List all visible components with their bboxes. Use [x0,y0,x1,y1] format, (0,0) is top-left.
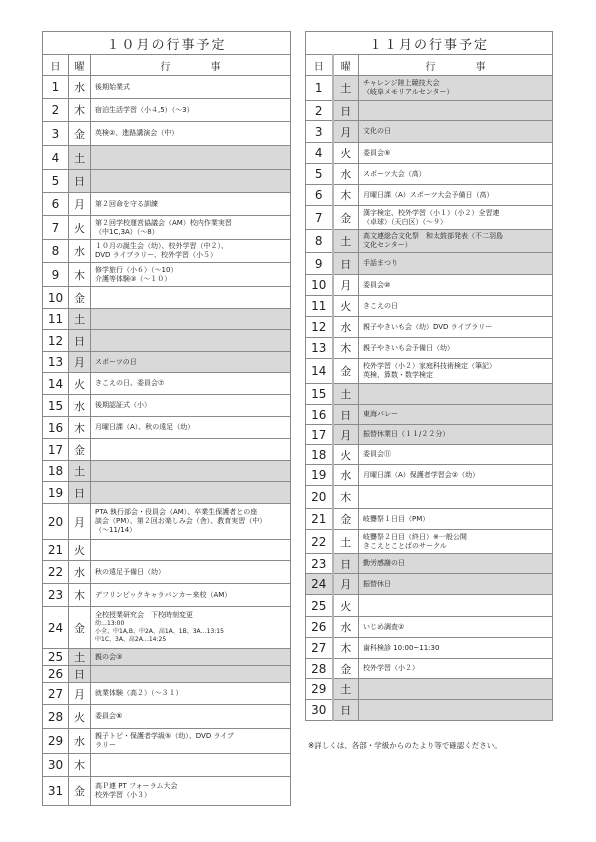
day-number: 3 [306,121,333,143]
schedule-row: 21火 [43,540,291,561]
event-text: 宿泊生活学習（小４,5）（～3） [95,106,286,115]
day-of-week: 木 [333,185,359,206]
schedule-row: 27月就業体験（高２）（～３１） [43,683,291,705]
day-of-week: 日 [333,101,359,121]
event-cell [359,486,553,509]
day-of-week: 金 [69,607,91,649]
day-of-week: 土 [333,530,359,554]
day-of-week: 金 [69,122,91,146]
event-cell: デフリンピックキャラバンカー来校（AM） [91,584,291,607]
event-cell: 歯科検診 10:00~11:30 [359,638,553,659]
day-number: 15 [43,395,69,417]
day-of-week: 月 [69,193,91,216]
day-number: 11 [43,309,69,330]
day-number: 5 [306,164,333,185]
event-text: 第２回命を守る訓練 [95,200,286,209]
day-number: 21 [306,509,333,530]
day-of-week: 日 [69,170,91,193]
event-text: きこえとことばのサークル [363,542,548,551]
schedule-row: 19日 [43,482,291,504]
day-number: 5 [43,170,69,193]
event-cell: 月曜日課（A）、秋の遠足（幼） [91,417,291,439]
event-text: 後期始業式 [95,83,286,92]
day-of-week: 木 [333,486,359,509]
day-number: 9 [43,263,69,287]
event-cell [359,384,553,405]
schedule-row: 17金 [43,439,291,461]
event-cell: 振替休業日（１１/２２分） [359,425,553,445]
day-number: 18 [43,461,69,482]
day-number: 3 [43,122,69,146]
schedule-row: 20月PTA 執行部会・役員会（AM）、卒業生保護者との座談会（PM）、第２回お… [43,504,291,540]
day-number: 4 [306,143,333,164]
event-cell: 振替休日 [359,574,553,595]
day-number: 7 [306,206,333,230]
day-of-week: 木 [69,754,91,777]
day-of-week: 日 [69,482,91,504]
event-text: 岐聾祭１日目（PM） [363,515,548,524]
event-text: 親子やきいも会（幼）DVD ライブラリー [363,323,548,332]
day-of-week: 木 [69,263,91,287]
event-cell: 修学旅行（小６）（～10）介護等体験③（～１０） [91,263,291,287]
schedule-row: 8水１０月の誕生会（幼）、校外学習（中２）、DVD ライブラリー、校外学習（小５… [43,240,291,263]
day-of-week: 水 [69,76,91,99]
day-number: 13 [43,352,69,373]
schedule-row: 8土高文連総合文化祭 和太鼓部発表（不二羽島文化センター） [306,230,553,253]
event-text: 歯科検診 10:00~11:30 [363,644,548,653]
day-number: 25 [43,649,69,666]
event-cell: 親子やきいも会（幼）DVD ライブラリー [359,317,553,338]
event-text: 月曜日課（A）スポーツ大会予備日（高） [363,191,548,200]
event-cell: チャレンジ陸上競技大会（岐阜メモリアルセンター） [359,76,553,101]
day-of-week: 木 [69,584,91,607]
event-text: ラリー [95,741,286,750]
event-cell: 月曜日課（A）保護者学習会②（幼） [359,465,553,486]
event-cell: 高文連総合文化祭 和太鼓部発表（不二羽島文化センター） [359,230,553,253]
schedule-row: 11土 [43,309,291,330]
day-of-week: 火 [333,595,359,617]
event-cell [91,482,291,504]
event-text: PTA 執行部会・役員会（AM）、卒業生保護者との座 [95,508,286,517]
event-cell [91,540,291,561]
day-of-week: 火 [69,216,91,240]
event-text: 岐聾祭２日目（終日）※一般公開 [363,533,548,542]
day-of-week: 水 [69,729,91,754]
event-cell [91,330,291,352]
day-number: 11 [306,296,333,317]
schedule-row: 13木親子やきいも会予備日（幼） [306,338,553,359]
event-text: 委員会⑨ [363,149,548,158]
day-of-week: 日 [333,253,359,275]
event-text: スポーツの日 [95,358,286,367]
event-text: 勤労感謝の日 [363,559,548,568]
event-cell: 委員会⑧ [91,705,291,729]
schedule-row: 27木歯科検診 10:00~11:30 [306,638,553,659]
day-number: 29 [43,729,69,754]
schedule-row: 14火きこえの日、委員会⑦ [43,373,291,395]
day-number: 22 [306,530,333,554]
day-of-week: 金 [333,659,359,679]
schedule-row: 28金校外学習（小２） [306,659,553,679]
event-cell: 勤労感謝の日 [359,554,553,574]
day-of-week: 水 [333,617,359,638]
header-dow: 曜 [333,55,359,76]
schedule-row: 25土親の会③ [43,649,291,666]
event-text: 文化センター） [363,241,548,250]
day-of-week: 土 [333,384,359,405]
day-number: 16 [306,405,333,425]
day-number: 16 [43,417,69,439]
event-cell: 文化の日 [359,121,553,143]
day-number: 12 [43,330,69,352]
schedule-row: 7火第２回学校運営協議会（AM）校内作業実習（中1C,3A）（～8） [43,216,291,240]
day-of-week: 金 [69,777,91,806]
schedule-row: 22水秋の遠足予備日（幼） [43,561,291,584]
event-cell: 月曜日課（A）スポーツ大会予備日（高） [359,185,553,206]
header-day: 日 [306,55,333,76]
schedule-row: 30木 [43,754,291,777]
day-of-week: 土 [69,309,91,330]
day-number: 24 [306,574,333,595]
event-cell: 親子トピ・保護者学級⑤（幼）、DVD ライブラリー [91,729,291,754]
day-of-week: 土 [333,230,359,253]
day-number: 18 [306,445,333,465]
schedule-row: 3月文化の日 [306,121,553,143]
schedule-row: 2木宿泊生活学習（小４,5）（～3） [43,99,291,122]
event-cell: 後期始業式 [91,76,291,99]
event-text: 振替休業日（１１/２２分） [363,430,548,439]
event-cell [359,101,553,121]
event-text: 委員会⑪ [363,450,548,459]
event-text: 修学旅行（小６）（～10） [95,266,286,275]
day-number: 30 [306,700,333,721]
day-number: 10 [306,275,333,296]
day-number: 22 [43,561,69,584]
schedule-row: 23木デフリンピックキャラバンカー来校（AM） [43,584,291,607]
event-text: 談会（PM）、第２回お楽しみ会（舎）、教育実習（中） [95,517,286,526]
day-number: 8 [43,240,69,263]
day-number: 6 [306,185,333,206]
event-text: 幼…13:00 [95,620,286,628]
day-number: 2 [306,101,333,121]
day-of-week: 土 [333,76,359,101]
schedule-row: 17月振替休業日（１１/２２分） [306,425,553,445]
october-rows: 1水後期始業式2木宿泊生活学習（小４,5）（～3）3金英検②、進路講演会（中）4… [43,76,291,806]
event-cell: 親の会③ [91,649,291,666]
schedule-row: 9日手話まつり [306,253,553,275]
event-cell [91,666,291,683]
day-of-week: 月 [333,121,359,143]
event-text: スポーツ大会（高） [363,170,548,179]
event-text: 振替休日 [363,580,548,589]
schedule-row: 28火委員会⑧ [43,705,291,729]
event-cell: 秋の遠足予備日（幼） [91,561,291,584]
event-text: DVD ライブラリー、校外学習（小５） [95,251,286,260]
day-of-week: 日 [333,700,359,721]
day-of-week: 月 [69,683,91,705]
day-of-week: 金 [69,287,91,309]
day-of-week: 金 [69,439,91,461]
day-of-week: 日 [69,330,91,352]
event-cell [359,595,553,617]
schedule-row: 13月スポーツの日 [43,352,291,373]
november-schedule-table: １１月の行事予定 日 曜 行事 1土チャレンジ陸上競技大会（岐阜メモリアルセンタ… [305,31,553,721]
schedule-row: 24月振替休日 [306,574,553,595]
schedule-row: 18土 [43,461,291,482]
event-text: デフリンピックキャラバンカー来校（AM） [95,591,286,600]
event-text: 高文連総合文化祭 和太鼓部発表（不二羽島 [363,232,548,241]
day-number: 19 [43,482,69,504]
day-number: 20 [43,504,69,540]
event-cell: 第２回学校運営協議会（AM）校内作業実習（中1C,3A）（～8） [91,216,291,240]
event-cell: 校外学習（小２）家庭科技術検定（筆記）英検、算数・数学検定 [359,359,553,384]
event-text: 月曜日課（A）保護者学習会②（幼） [363,471,548,480]
day-of-week: 土 [69,461,91,482]
day-number: 2 [43,99,69,122]
day-number: 26 [43,666,69,683]
event-text: 親の会③ [95,653,286,662]
header-event: 行事 [91,55,291,76]
event-cell: 手話まつり [359,253,553,275]
event-cell: スポーツの日 [91,352,291,373]
event-cell: 委員会⑨ [359,143,553,164]
day-number: 1 [306,76,333,101]
schedule-row: 3金英検②、進路講演会（中） [43,122,291,146]
event-cell: 後期認証式（小） [91,395,291,417]
day-of-week: 月 [333,574,359,595]
day-of-week: 土 [333,679,359,700]
schedule-row: 21金岐聾祭１日目（PM） [306,509,553,530]
event-text: 手話まつり [363,259,548,268]
schedule-row: 1土チャレンジ陸上競技大会（岐阜メモリアルセンター） [306,76,553,101]
schedule-row: 10金 [43,287,291,309]
event-cell: 漢字検定、校外学習（小１）（小２）全習連（卓球）（天白区）（～９） [359,206,553,230]
november-title: １１月の行事予定 [306,32,553,55]
day-of-week: 土 [69,649,91,666]
event-text: （岐阜メモリアルセンター） [363,88,548,97]
day-number: 14 [43,373,69,395]
event-text: 第２回学校運営協議会（AM）校内作業実習 [95,219,286,228]
day-number: 27 [306,638,333,659]
schedule-row: 30日 [306,700,553,721]
day-number: 20 [306,486,333,509]
schedule-row: 10月委員会⑩ [306,275,553,296]
schedule-row: 12日 [43,330,291,352]
day-number: 23 [306,554,333,574]
event-text: 全校授業研究会 下校時刻変更 [95,611,286,620]
event-text: 月曜日課（A）、秋の遠足（幼） [95,423,286,432]
schedule-row: 11火きこえの日 [306,296,553,317]
event-text: 漢字検定、校外学習（小１）（小２）全習連 [363,209,548,218]
event-text: 就業体験（高２）（～３１） [95,689,286,698]
day-number: 19 [306,465,333,486]
schedule-row: 5日 [43,170,291,193]
event-text: チャレンジ陸上競技大会 [363,79,548,88]
day-number: 6 [43,193,69,216]
event-cell [359,679,553,700]
event-cell [91,146,291,170]
schedule-row: 4土 [43,146,291,170]
event-text: 中1C、3A、高2A…14:25 [95,636,286,644]
event-text: 英検、算数・数学検定 [363,371,548,380]
schedule-row: 20木 [306,486,553,509]
day-number: 12 [306,317,333,338]
day-of-week: 水 [333,164,359,185]
schedule-row: 16日東海バレー [306,405,553,425]
schedule-row: 29水親子トピ・保護者学級⑤（幼）、DVD ライブラリー [43,729,291,754]
schedule-row: 15土 [306,384,553,405]
schedule-row: 14金校外学習（小２）家庭科技術検定（筆記）英検、算数・数学検定 [306,359,553,384]
day-number: 26 [306,617,333,638]
footer-note: ※詳しくは、各部・学級からのたより等で確認ください。 [308,740,502,751]
day-number: 4 [43,146,69,170]
november-rows: 1土チャレンジ陸上競技大会（岐阜メモリアルセンター）2日3月文化の日4火委員会⑨… [306,76,553,721]
event-text: いじめ調査② [363,623,548,632]
event-cell: スポーツ大会（高） [359,164,553,185]
event-cell: PTA 執行部会・役員会（AM）、卒業生保護者との座談会（PM）、第２回お楽しみ… [91,504,291,540]
event-text: きこえの日、委員会⑦ [95,379,286,388]
day-of-week: 水 [333,317,359,338]
event-text: 東海バレー [363,410,548,419]
event-text: 高Ｐ連 PT フォーラム大会 [95,782,286,791]
event-cell [91,461,291,482]
day-of-week: 水 [69,561,91,584]
schedule-row: 2日 [306,101,553,121]
event-text: 英検②、進路講演会（中） [95,129,286,138]
day-of-week: 月 [69,352,91,373]
event-text: 委員会⑧ [95,712,286,721]
day-of-week: 月 [333,275,359,296]
day-of-week: 木 [333,638,359,659]
event-text: 介護等体験③（～１０） [95,275,286,284]
event-text: 校外学習（小３） [95,791,286,800]
event-text: 後期認証式（小） [95,401,286,410]
schedule-row: 4火委員会⑨ [306,143,553,164]
event-text: （卓球）（天白区）（～９） [363,218,548,227]
event-cell [91,309,291,330]
schedule-row: 15水後期認証式（小） [43,395,291,417]
october-schedule-table: １０月の行事予定 日 曜 行事 1水後期始業式2木宿泊生活学習（小４,5）（～3… [42,31,291,806]
day-number: 27 [43,683,69,705]
schedule-row: 18火委員会⑪ [306,445,553,465]
event-cell: 委員会⑩ [359,275,553,296]
event-cell: いじめ調査② [359,617,553,638]
day-of-week: 日 [333,405,359,425]
day-number: 17 [43,439,69,461]
day-of-week: 金 [333,509,359,530]
header-event: 行事 [359,55,553,76]
event-cell: 委員会⑪ [359,445,553,465]
day-number: 30 [43,754,69,777]
event-cell: １０月の誕生会（幼）、校外学習（中２）、DVD ライブラリー、校外学習（小５） [91,240,291,263]
day-of-week: 火 [333,296,359,317]
day-of-week: 水 [69,240,91,263]
event-text: 校外学習（小２）家庭科技術検定（筆記） [363,362,548,371]
day-of-week: 月 [69,504,91,540]
event-cell: 岐聾祭２日目（終日）※一般公開きこえとことばのサークル [359,530,553,554]
schedule-row: 26水いじめ調査② [306,617,553,638]
schedule-row: 6月第２回命を守る訓練 [43,193,291,216]
schedule-row: 12水親子やきいも会（幼）DVD ライブラリー [306,317,553,338]
day-of-week: 土 [69,146,91,170]
day-number: 9 [306,253,333,275]
day-number: 1 [43,76,69,99]
schedule-row: 6木月曜日課（A）スポーツ大会予備日（高） [306,185,553,206]
event-cell: きこえの日 [359,296,553,317]
day-number: 24 [43,607,69,649]
day-of-week: 木 [69,417,91,439]
event-cell: 宿泊生活学習（小４,5）（～3） [91,99,291,122]
schedule-row: 24金全校授業研究会 下校時刻変更幼…13:00小全、中1A,B、中2A、高1A… [43,607,291,649]
event-cell: 東海バレー [359,405,553,425]
october-title: １０月の行事予定 [43,32,291,55]
event-text: きこえの日 [363,302,548,311]
event-text: 親子トピ・保護者学級⑤（幼）、DVD ライブ [95,732,286,741]
schedule-row: 7金漢字検定、校外学習（小１）（小２）全習連（卓球）（天白区）（～９） [306,206,553,230]
event-text: 親子やきいも会予備日（幼） [363,344,548,353]
day-number: 29 [306,679,333,700]
day-number: 15 [306,384,333,405]
event-text: １０月の誕生会（幼）、校外学習（中２）、 [95,242,286,251]
day-number: 7 [43,216,69,240]
event-cell: 親子やきいも会予備日（幼） [359,338,553,359]
schedule-row: 16木月曜日課（A）、秋の遠足（幼） [43,417,291,439]
day-of-week: 日 [69,666,91,683]
event-text: 委員会⑩ [363,281,548,290]
event-text: （～11/14） [95,526,286,535]
day-number: 13 [306,338,333,359]
day-of-week: 木 [333,338,359,359]
day-of-week: 月 [333,425,359,445]
event-cell: 高Ｐ連 PT フォーラム大会校外学習（小３） [91,777,291,806]
day-number: 21 [43,540,69,561]
day-of-week: 水 [333,465,359,486]
schedule-row: 5水スポーツ大会（高） [306,164,553,185]
schedule-row: 25火 [306,595,553,617]
day-of-week: 火 [333,143,359,164]
event-cell: 岐聾祭１日目（PM） [359,509,553,530]
day-of-week: 火 [69,373,91,395]
schedule-row: 9木修学旅行（小６）（～10）介護等体験③（～１０） [43,263,291,287]
event-text: 校外学習（小２） [363,664,548,673]
day-of-week: 金 [333,206,359,230]
event-text: （中1C,3A）（～8） [95,228,286,237]
day-of-week: 木 [69,99,91,122]
event-text: 小全、中1A,B、中2A、高1A、1B、3A…13:15 [95,628,286,636]
schedule-row: 26日 [43,666,291,683]
schedule-row: 23日勤労感謝の日 [306,554,553,574]
day-number: 28 [43,705,69,729]
event-cell [91,170,291,193]
day-number: 10 [43,287,69,309]
day-number: 17 [306,425,333,445]
header-day: 日 [43,55,69,76]
event-text: 文化の日 [363,127,548,136]
day-of-week: 火 [333,445,359,465]
event-text: 秋の遠足予備日（幼） [95,568,286,577]
event-cell: きこえの日、委員会⑦ [91,373,291,395]
day-number: 14 [306,359,333,384]
event-cell: 第２回命を守る訓練 [91,193,291,216]
event-cell [359,700,553,721]
event-cell: 校外学習（小２） [359,659,553,679]
day-number: 31 [43,777,69,806]
schedule-row: 31金高Ｐ連 PT フォーラム大会校外学習（小３） [43,777,291,806]
event-cell: 就業体験（高２）（～３１） [91,683,291,705]
event-cell [91,287,291,309]
schedule-row: 1水後期始業式 [43,76,291,99]
event-cell: 英検②、進路講演会（中） [91,122,291,146]
